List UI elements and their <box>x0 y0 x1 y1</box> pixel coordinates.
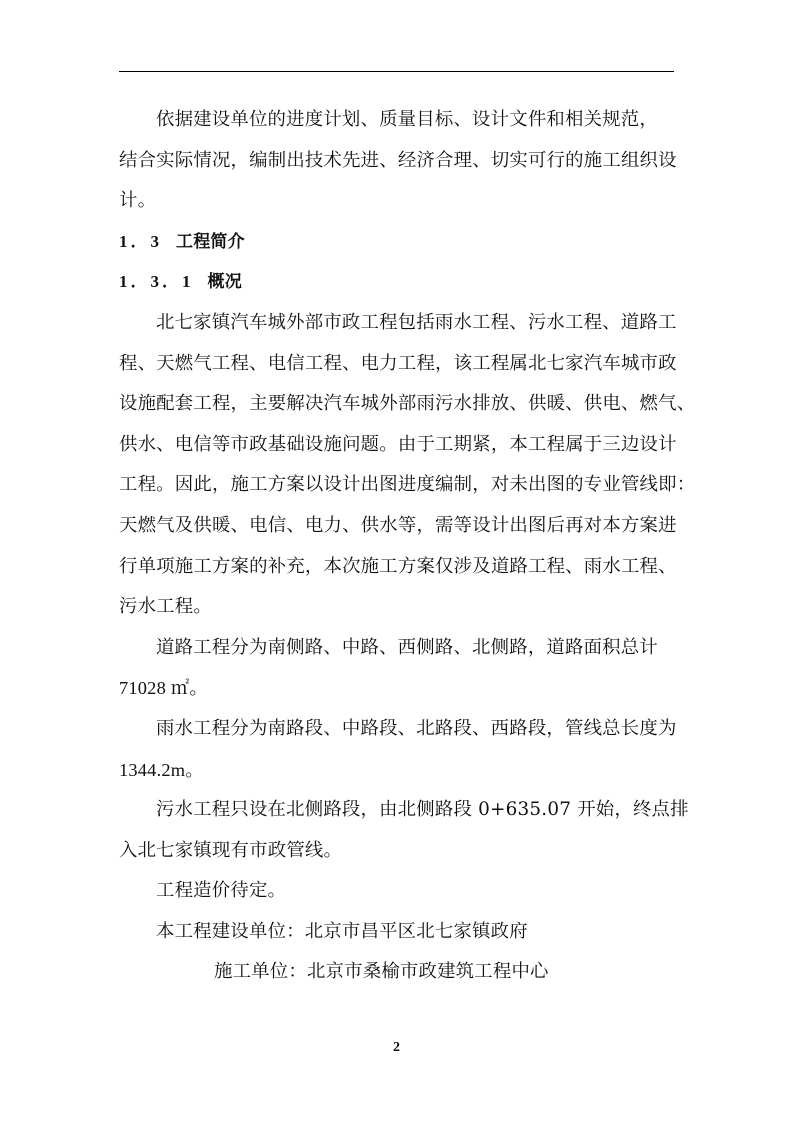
page-number: 2 <box>0 1040 793 1056</box>
intro-line-3: 计。 <box>119 181 675 222</box>
header-rule <box>119 71 674 72</box>
contractor-line: 施工单位：北京市桑榆市政建筑工程中心 <box>119 952 675 993</box>
intro-line-1: 依据建设单位的进度计划、质量目标、设计文件和相关规范， <box>119 100 675 141</box>
sewage-line-1: 污水工程只设在北侧路段，由北侧路段 0+635.07 开始，终点排 <box>119 790 675 831</box>
section-heading-1-3-1: 1．3．1概况 <box>119 262 675 303</box>
overview-line-6: 天燃气及供暖、电信、电力、供水等，需等设计出图后再对本方案进 <box>119 506 675 547</box>
overview-line-4: 供水、电信等市政基础设施问题。由于工期紧，本工程属于三边设计 <box>119 425 675 466</box>
page-body: 依据建设单位的进度计划、质量目标、设计文件和相关规范， 结合实际情况，编制出技术… <box>119 100 675 993</box>
subsection-number: 1．3．1 <box>119 272 194 291</box>
section-title: 工程简介 <box>176 232 245 252</box>
intro-line-2: 结合实际情况，编制出技术先进、经济合理、切实可行的施工组织设 <box>119 141 675 182</box>
section-number: 1．3 <box>119 232 162 251</box>
subsection-title: 概况 <box>208 272 242 292</box>
overview-line-7: 行单项施工方案的补充，本次施工方案仅涉及道路工程、雨水工程、 <box>119 547 675 588</box>
rain-line-2: 1344.2m。 <box>119 750 675 791</box>
section-heading-1-3: 1．3工程简介 <box>119 222 675 263</box>
overview-line-5: 工程。因此，施工方案以设计出图进度编制，对未出图的专业管线即： <box>119 465 675 506</box>
rain-line-1: 雨水工程分为南路段、中路段、北路段、西路段，管线总长度为 <box>119 709 675 750</box>
owner-line: 本工程建设单位：北京市昌平区北七家镇政府 <box>119 912 675 953</box>
cost-line: 工程造价待定。 <box>119 871 675 912</box>
overview-line-2: 程、天燃气工程、电信工程、电力工程，该工程属北七家汽车城市政 <box>119 344 675 385</box>
road-line-2: 71028 ㎡。 <box>119 668 675 709</box>
overview-line-3: 设施配套工程，主要解决汽车城外部雨污水排放、供暖、供电、燃气、 <box>119 384 675 425</box>
road-line-1: 道路工程分为南侧路、中路、西侧路、北侧路，道路面积总计 <box>119 628 675 669</box>
overview-line-8: 污水工程。 <box>119 587 675 628</box>
sewage-line-2: 入北七家镇现有市政管线。 <box>119 831 675 872</box>
overview-line-1: 北七家镇汽车城外部市政工程包括雨水工程、污水工程、道路工 <box>119 303 675 344</box>
